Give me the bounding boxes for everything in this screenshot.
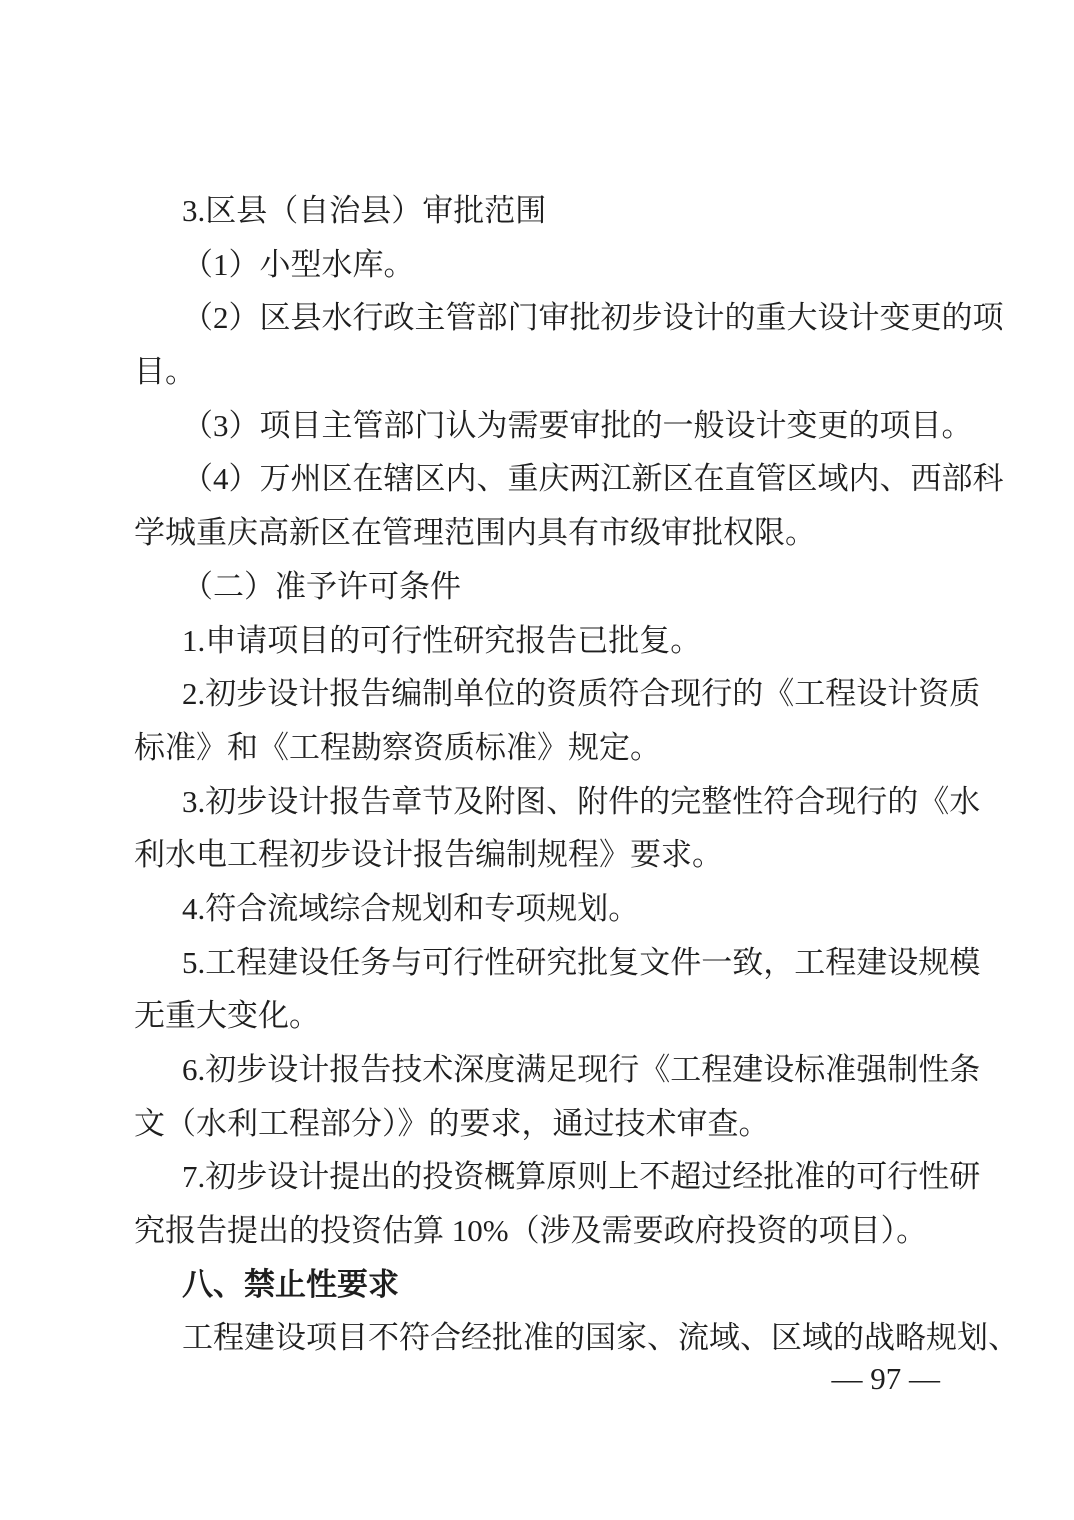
body-line-13: 利水电工程初步设计报告编制规程》要求。 — [134, 828, 940, 882]
body-line-18: 文（水利工程部分）》的要求，通过技术审查。 — [134, 1097, 940, 1151]
body-line-16: 无重大变化。 — [134, 989, 940, 1043]
section-heading-prohibitive-requirements: 八、禁止性要求 — [134, 1258, 940, 1312]
page-number: — 97 — — [134, 1362, 940, 1396]
body-line-14: 4.符合流域综合规划和专项规划。 — [134, 882, 940, 936]
document-body: 3.区县（自治县）审批范围 （1）小型水库。 （2）区县水行政主管部门审批初步设… — [134, 184, 940, 1365]
body-line-05: （3）项目主管部门认为需要审批的一般设计变更的项目。 — [134, 399, 940, 453]
body-line-02: （1）小型水库。 — [134, 238, 940, 292]
body-line-03: （2）区县水行政主管部门审批初步设计的重大设计变更的项 — [134, 291, 940, 345]
document-page: 3.区县（自治县）审批范围 （1）小型水库。 （2）区县水行政主管部门审批初步设… — [0, 0, 1074, 1520]
body-line-15: 5.工程建设任务与可行性研究批复文件一致，工程建设规模 — [134, 936, 940, 990]
body-line-06: （4）万州区在辖区内、重庆两江新区在直管区域内、西部科 — [134, 452, 940, 506]
body-line-20: 究报告提出的投资估算 10%（涉及需要政府投资的项目）。 — [134, 1204, 940, 1258]
body-line-11: 标准》和《工程勘察资质标准》规定。 — [134, 721, 940, 775]
body-line-09: 1.申请项目的可行性研究报告已批复。 — [134, 614, 940, 668]
body-line-04: 目。 — [134, 345, 940, 399]
body-line-10: 2.初步设计报告编制单位的资质符合现行的《工程设计资质 — [134, 667, 940, 721]
body-line-17: 6.初步设计报告技术深度满足现行《工程建设标准强制性条 — [134, 1043, 940, 1097]
subsection-heading-permit-conditions: （二）准予许可条件 — [134, 560, 940, 614]
body-line-01: 3.区县（自治县）审批范围 — [134, 184, 940, 238]
body-line-07: 学城重庆高新区在管理范围内具有市级审批权限。 — [134, 506, 940, 560]
body-line-22: 工程建设项目不符合经批准的国家、流域、区域的战略规划、 — [134, 1311, 940, 1365]
body-line-12: 3.初步设计报告章节及附图、附件的完整性符合现行的《水 — [134, 775, 940, 829]
body-line-19: 7.初步设计提出的投资概算原则上不超过经批准的可行性研 — [134, 1150, 940, 1204]
